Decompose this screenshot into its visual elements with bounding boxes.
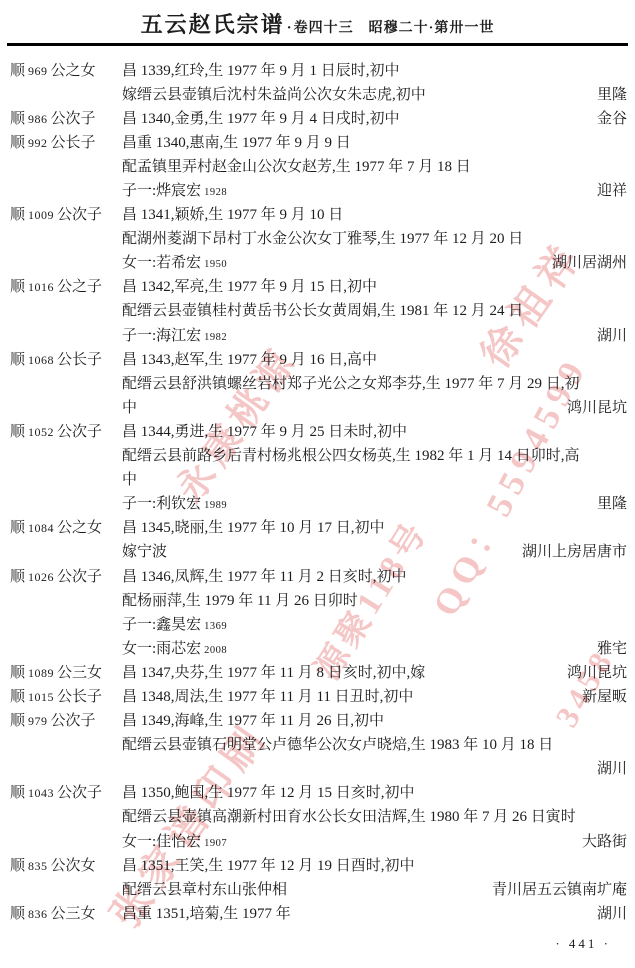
label-prefix: 顺 bbox=[10, 424, 25, 440]
entry-label: 顺1052公次子 bbox=[10, 420, 122, 441]
label-relation: 公次子 bbox=[57, 207, 102, 223]
entry-row: 顺1089公三女昌 1347,央芬,生 1977 年 11 月 8 日亥时,初中… bbox=[0, 659, 635, 683]
entry-text: 昌 1339,红玲,生 1977 年 9 月 1 日辰时,初中 bbox=[122, 59, 400, 80]
residence-note: 金谷 bbox=[597, 107, 627, 128]
label-number: 1016 bbox=[28, 280, 54, 294]
label-prefix: 顺 bbox=[10, 279, 25, 295]
entry-text: 子一:烨宸宏1928 bbox=[122, 179, 227, 200]
entry-row: 湖川 bbox=[0, 756, 635, 780]
label-number: 1068 bbox=[28, 353, 54, 367]
entry-label: 顺1084公之女 bbox=[10, 516, 122, 537]
entry-label: 顺1026公次子 bbox=[10, 565, 122, 586]
entry-text-main: 女一:若希宏 bbox=[122, 255, 201, 271]
label-relation: 公之子 bbox=[57, 279, 102, 295]
label-prefix: 顺 bbox=[10, 713, 25, 729]
entry-text: 嫁宁波 bbox=[122, 540, 167, 561]
entry-text-main: 嫁宁波 bbox=[122, 544, 167, 560]
residence-note: 里隆 bbox=[597, 492, 627, 513]
residence-note: 迎祥 bbox=[597, 179, 627, 200]
entry-row: 配缙云县前路乡后青村杨兆根公四女杨英,生 1982 年 1 月 14 日卯时,高 bbox=[0, 443, 635, 467]
entry-row: 顺1052公次子昌 1344,勇进,生 1977 年 9 月 25 日未时,初中 bbox=[0, 418, 635, 442]
entry-text-main: 嫁缙云县壶镇后沈村朱益尚公次女朱志虎,初中 bbox=[122, 87, 426, 103]
entry-text-main: 昌重 1351,培菊,生 1977 年 bbox=[122, 906, 291, 922]
entry-label: 顺1015公长子 bbox=[10, 685, 122, 706]
entry-label: 顺992公长子 bbox=[10, 131, 122, 152]
entry-text: 昌重 1340,惠南,生 1977 年 9 月 9 日 bbox=[122, 131, 351, 152]
label-prefix: 顺 bbox=[10, 135, 25, 151]
entry-row: 女一:佳怡宏1907大路街 bbox=[0, 828, 635, 852]
entry-text: 女一:若希宏1950 bbox=[122, 251, 227, 272]
entry-label: 顺836公三女 bbox=[10, 902, 122, 923]
entry-text-main: 昌 1339,红玲,生 1977 年 9 月 1 日辰时,初中 bbox=[122, 63, 400, 79]
entry-text-main: 昌 1347,央芬,生 1977 年 11 月 8 日亥时,初中,嫁 bbox=[122, 665, 425, 681]
entry-text: 配缙云县壶镇石明堂公卢德华公次女卢晓焙,生 1983 年 10 月 18 日 bbox=[122, 733, 553, 754]
entry-text: 子一:鑫昊宏1369 bbox=[122, 613, 227, 634]
label-relation: 公次女 bbox=[51, 858, 96, 874]
residence-note: 里隆 bbox=[597, 83, 627, 104]
page-header: 五云赵氏宗谱·卷四十三 昭穆二十·第卅一世 bbox=[0, 0, 635, 39]
label-relation: 公次子 bbox=[57, 569, 102, 585]
title-separator: · bbox=[287, 20, 292, 36]
entry-text: 配缙云县壶镇高潮新村田育水公长女田洁辉,生 1980 年 7 月 26 日寅时 bbox=[122, 805, 576, 826]
residence-note: 雅宅 bbox=[597, 637, 627, 658]
label-relation: 公之女 bbox=[57, 520, 102, 536]
entry-text: 昌 1343,赵军,生 1977 年 9 月 16 日,高中 bbox=[122, 348, 377, 369]
entry-row: 顺835公次女昌 1351,王笑,生 1977 年 12 月 19 日酉时,初中 bbox=[0, 852, 635, 876]
entry-text-main: 昌 1351,王笑,生 1977 年 12 月 19 日酉时,初中 bbox=[122, 858, 415, 874]
entry-text-main: 昌 1342,军亮,生 1977 年 9 月 15 日,初中 bbox=[122, 279, 377, 295]
entry-text: 配湖州菱湖下昂村丁水金公次女丁雅琴,生 1977 年 12 月 20 日 bbox=[122, 227, 523, 248]
entry-row: 顺1009公次子昌 1341,颖娇,生 1977 年 9 月 10 日 bbox=[0, 202, 635, 226]
residence-note: 新屋畈 bbox=[582, 685, 627, 706]
entry-text: 子一:海江宏1982 bbox=[122, 324, 227, 345]
entry-label: 顺835公次女 bbox=[10, 854, 122, 875]
entry-label: 顺969公之女 bbox=[10, 59, 122, 80]
entry-text: 昌 1340,金勇,生 1977 年 9 月 4 日戌时,初中 bbox=[122, 107, 400, 128]
label-number: 836 bbox=[28, 907, 48, 921]
entry-text-main: 昌 1340,金勇,生 1977 年 9 月 4 日戌时,初中 bbox=[122, 111, 400, 127]
label-number: 969 bbox=[28, 64, 48, 78]
entry-text-main: 昌 1348,周法,生 1977 年 11 月 11 日丑时,初中 bbox=[122, 689, 413, 705]
entry-text-main: 昌重 1340,惠南,生 1977 年 9 月 9 日 bbox=[122, 135, 351, 151]
residence-note: 青川居五云镇南圹庵 bbox=[492, 878, 627, 899]
label-number: 1026 bbox=[28, 570, 54, 584]
entry-text: 配缙云县舒洪镇螺丝岩村郑子光公之女郑李芬,生 1977 年 7 月 29 日,初 bbox=[122, 372, 580, 393]
entry-text-main: 配缙云县壶镇石明堂公卢德华公次女卢晓焙,生 1983 年 10 月 18 日 bbox=[122, 737, 553, 753]
entry-row: 配缙云县章村东山张仲相青川居五云镇南圹庵 bbox=[0, 876, 635, 900]
entry-text: 昌 1347,央芬,生 1977 年 11 月 8 日亥时,初中,嫁 bbox=[122, 661, 425, 682]
volume-subtitle: 卷四十三 昭穆二十·第卅一世 bbox=[294, 21, 495, 36]
entry-row: 顺1015公长子昌 1348,周法,生 1977 年 11 月 11 日丑时,初… bbox=[0, 683, 635, 707]
entry-text-main: 中 bbox=[122, 472, 137, 488]
label-prefix: 顺 bbox=[10, 858, 25, 874]
entry-text-main: 昌 1341,颖娇,生 1977 年 9 月 10 日 bbox=[122, 207, 343, 223]
entry-text: 昌 1346,凤辉,生 1977 年 11 月 2 日亥时,初中 bbox=[122, 565, 406, 586]
entry-text: 配缙云县前路乡后青村杨兆根公四女杨英,生 1982 年 1 月 14 日卯时,高 bbox=[122, 444, 580, 465]
entry-text-main: 昌 1350,鲍国,生 1977 年 12 月 15 日亥时,初中 bbox=[122, 785, 415, 801]
entry-text: 昌 1350,鲍国,生 1977 年 12 月 15 日亥时,初中 bbox=[122, 781, 415, 802]
entry-text: 昌 1351,王笑,生 1977 年 12 月 19 日酉时,初中 bbox=[122, 854, 415, 875]
label-prefix: 顺 bbox=[10, 111, 25, 127]
entry-text: 配孟镇里弄村赵金山公次女赵芳,生 1977 年 7 月 18 日 bbox=[122, 155, 471, 176]
entry-label: 顺986公次子 bbox=[10, 107, 122, 128]
entry-label: 顺1068公长子 bbox=[10, 348, 122, 369]
entry-text: 昌 1344,勇进,生 1977 年 9 月 25 日未时,初中 bbox=[122, 420, 407, 441]
entry-row: 顺992公长子昌重 1340,惠南,生 1977 年 9 月 9 日 bbox=[0, 129, 635, 153]
entry-text-main: 配杨丽萍,生 1979 年 11 月 26 日卯时 bbox=[122, 593, 358, 609]
generation-year-number: 1907 bbox=[204, 838, 227, 849]
label-number: 979 bbox=[28, 714, 48, 728]
entry-text-main: 昌 1345,晓丽,生 1977 年 10 月 17 日,初中 bbox=[122, 520, 385, 536]
residence-note: 湖川居湖州 bbox=[552, 251, 627, 272]
residence-note: 大路街 bbox=[582, 830, 627, 851]
generation-year-number: 1950 bbox=[204, 259, 227, 270]
entry-text-main: 中 bbox=[122, 400, 137, 416]
entry-text-main: 女一:雨芯宏 bbox=[122, 641, 201, 657]
entry-row: 子一:海江宏1982湖川 bbox=[0, 322, 635, 346]
label-prefix: 顺 bbox=[10, 906, 25, 922]
label-prefix: 顺 bbox=[10, 63, 25, 79]
entry-row: 配孟镇里弄村赵金山公次女赵芳,生 1977 年 7 月 18 日 bbox=[0, 153, 635, 177]
entry-text-main: 子一:海江宏 bbox=[122, 328, 201, 344]
entry-row: 顺836公三女昌重 1351,培菊,生 1977 年湖川 bbox=[0, 900, 635, 924]
entry-label: 顺1016公之子 bbox=[10, 275, 122, 296]
entry-text-main: 配孟镇里弄村赵金山公次女赵芳,生 1977 年 7 月 18 日 bbox=[122, 159, 471, 175]
label-number: 1015 bbox=[28, 690, 54, 704]
genealogy-page: 徐祖祥 QQ：5594599 源聚118号 张家谱印刷 永康桃源 3458 五云… bbox=[0, 0, 635, 968]
entry-row: 子一:鑫昊宏1369 bbox=[0, 611, 635, 635]
entry-text: 昌重 1351,培菊,生 1977 年 bbox=[122, 902, 291, 923]
entry-text: 昌 1348,周法,生 1977 年 11 月 11 日丑时,初中 bbox=[122, 685, 413, 706]
residence-note: 湖川上房居唐市 bbox=[522, 540, 627, 561]
entry-text: 中 bbox=[122, 396, 137, 417]
generation-year-number: 1989 bbox=[204, 500, 227, 511]
generation-year-number: 1928 bbox=[204, 187, 227, 198]
entry-row: 嫁缙云县壶镇后沈村朱益尚公次女朱志虎,初中里隆 bbox=[0, 81, 635, 105]
entry-text: 中 bbox=[122, 468, 137, 489]
label-number: 992 bbox=[28, 136, 48, 150]
entry-text: 配缙云县壶镇桂村黄岳书公长女黄周娟,生 1981 年 12 月 24 日 bbox=[122, 299, 523, 320]
page-footer: · 441 · bbox=[555, 936, 611, 952]
entry-text: 女一:佳怡宏1907 bbox=[122, 830, 227, 851]
entry-text-main: 子一:鑫昊宏 bbox=[122, 617, 201, 633]
label-relation: 公长子 bbox=[57, 689, 102, 705]
label-relation: 公三女 bbox=[57, 665, 102, 681]
entry-row: 子一:烨宸宏1928迎祥 bbox=[0, 177, 635, 201]
entry-label: 顺1009公次子 bbox=[10, 203, 122, 224]
entry-text-main: 配湖州菱湖下昂村丁水金公次女丁雅琴,生 1977 年 12 月 20 日 bbox=[122, 231, 523, 247]
label-number: 1052 bbox=[28, 425, 54, 439]
page-number: · 441 · bbox=[555, 936, 611, 951]
entry-label: 顺1043公次子 bbox=[10, 781, 122, 802]
label-relation: 公之女 bbox=[51, 63, 96, 79]
entry-text-main: 配缙云县章村东山张仲相 bbox=[122, 882, 287, 898]
label-relation: 公次子 bbox=[57, 785, 102, 801]
generation-year-number: 1982 bbox=[204, 332, 227, 343]
entry-row: 顺969公之女昌 1339,红玲,生 1977 年 9 月 1 日辰时,初中 bbox=[0, 57, 635, 81]
header-rule bbox=[7, 43, 628, 46]
residence-note: 鸿川昆坑 bbox=[567, 661, 627, 682]
entry-text: 昌 1342,军亮,生 1977 年 9 月 15 日,初中 bbox=[122, 275, 377, 296]
label-number: 1043 bbox=[28, 786, 54, 800]
entry-text: 昌 1349,海峰,生 1977 年 11 月 26 日,初中 bbox=[122, 709, 384, 730]
entry-row: 顺1084公之女昌 1345,晓丽,生 1977 年 10 月 17 日,初中 bbox=[0, 515, 635, 539]
residence-note: 湖川 bbox=[597, 902, 627, 923]
entry-text: 配杨丽萍,生 1979 年 11 月 26 日卯时 bbox=[122, 589, 358, 610]
label-prefix: 顺 bbox=[10, 665, 25, 681]
entry-row: 顺979公次子昌 1349,海峰,生 1977 年 11 月 26 日,初中 bbox=[0, 708, 635, 732]
entry-row: 配缙云县舒洪镇螺丝岩村郑子光公之女郑李芬,生 1977 年 7 月 29 日,初 bbox=[0, 370, 635, 394]
entry-text-main: 昌 1349,海峰,生 1977 年 11 月 26 日,初中 bbox=[122, 713, 384, 729]
entry-row: 顺1026公次子昌 1346,凤辉,生 1977 年 11 月 2 日亥时,初中 bbox=[0, 563, 635, 587]
entry-row: 配缙云县壶镇高潮新村田育水公长女田洁辉,生 1980 年 7 月 26 日寅时 bbox=[0, 804, 635, 828]
entry-text-main: 女一:佳怡宏 bbox=[122, 834, 201, 850]
entry-row: 中 bbox=[0, 467, 635, 491]
entry-row: 中鸿川昆坑 bbox=[0, 394, 635, 418]
label-relation: 公长子 bbox=[57, 352, 102, 368]
label-number: 835 bbox=[28, 859, 48, 873]
label-relation: 公次子 bbox=[57, 424, 102, 440]
entry-text-main: 昌 1346,凤辉,生 1977 年 11 月 2 日亥时,初中 bbox=[122, 569, 406, 585]
entry-row: 顺986公次子昌 1340,金勇,生 1977 年 9 月 4 日戌时,初中金谷 bbox=[0, 105, 635, 129]
entry-text-main: 子一:烨宸宏 bbox=[122, 183, 201, 199]
label-number: 986 bbox=[28, 112, 48, 126]
label-number: 1084 bbox=[28, 521, 54, 535]
entry-text-main: 配缙云县壶镇桂村黄岳书公长女黄周娟,生 1981 年 12 月 24 日 bbox=[122, 303, 523, 319]
entry-text: 子一:利钦宏1989 bbox=[122, 492, 227, 513]
label-relation: 公次子 bbox=[51, 111, 96, 127]
entry-row: 顺1068公长子昌 1343,赵军,生 1977 年 9 月 16 日,高中 bbox=[0, 346, 635, 370]
generation-year-number: 1369 bbox=[204, 621, 227, 632]
entries-list: 顺969公之女昌 1339,红玲,生 1977 年 9 月 1 日辰时,初中嫁缙… bbox=[0, 57, 635, 924]
entry-row: 配缙云县壶镇石明堂公卢德华公次女卢晓焙,生 1983 年 10 月 18 日 bbox=[0, 732, 635, 756]
entry-text-main: 配缙云县壶镇高潮新村田育水公长女田洁辉,生 1980 年 7 月 26 日寅时 bbox=[122, 809, 576, 825]
entry-text: 配缙云县章村东山张仲相 bbox=[122, 878, 287, 899]
entry-row: 顺1043公次子昌 1350,鲍国,生 1977 年 12 月 15 日亥时,初… bbox=[0, 780, 635, 804]
label-relation: 公三女 bbox=[51, 906, 96, 922]
entry-text-main: 子一:利钦宏 bbox=[122, 496, 201, 512]
label-relation: 公长子 bbox=[51, 135, 96, 151]
generation-year-number: 2008 bbox=[204, 645, 227, 656]
book-title: 五云赵氏宗谱 bbox=[141, 12, 285, 37]
entry-row: 配杨丽萍,生 1979 年 11 月 26 日卯时 bbox=[0, 587, 635, 611]
entry-text-main: 配缙云县舒洪镇螺丝岩村郑子光公之女郑李芬,生 1977 年 7 月 29 日,初 bbox=[122, 376, 580, 392]
label-number: 1009 bbox=[28, 208, 54, 222]
label-prefix: 顺 bbox=[10, 569, 25, 585]
label-prefix: 顺 bbox=[10, 785, 25, 801]
entry-text: 嫁缙云县壶镇后沈村朱益尚公次女朱志虎,初中 bbox=[122, 83, 426, 104]
label-prefix: 顺 bbox=[10, 207, 25, 223]
label-prefix: 顺 bbox=[10, 352, 25, 368]
label-prefix: 顺 bbox=[10, 689, 25, 705]
residence-note: 湖川 bbox=[597, 757, 627, 778]
entry-text-main: 配缙云县前路乡后青村杨兆根公四女杨英,生 1982 年 1 月 14 日卯时,高 bbox=[122, 448, 580, 464]
entry-text: 女一:雨芯宏2008 bbox=[122, 637, 227, 658]
entry-text-main: 昌 1344,勇进,生 1977 年 9 月 25 日未时,初中 bbox=[122, 424, 407, 440]
entry-row: 嫁宁波湖川上房居唐市 bbox=[0, 539, 635, 563]
entry-text: 昌 1341,颖娇,生 1977 年 9 月 10 日 bbox=[122, 203, 343, 224]
entry-label: 顺1089公三女 bbox=[10, 661, 122, 682]
residence-note: 鸿川昆坑 bbox=[567, 396, 627, 417]
label-prefix: 顺 bbox=[10, 520, 25, 536]
entry-row: 女一:若希宏1950湖川居湖州 bbox=[0, 250, 635, 274]
entry-row: 配湖州菱湖下昂村丁水金公次女丁雅琴,生 1977 年 12 月 20 日 bbox=[0, 226, 635, 250]
entry-row: 女一:雨芯宏2008雅宅 bbox=[0, 635, 635, 659]
residence-note: 湖川 bbox=[597, 324, 627, 345]
label-number: 1089 bbox=[28, 666, 54, 680]
entry-row: 配缙云县壶镇桂村黄岳书公长女黄周娟,生 1981 年 12 月 24 日 bbox=[0, 298, 635, 322]
entry-text: 昌 1345,晓丽,生 1977 年 10 月 17 日,初中 bbox=[122, 516, 385, 537]
entry-label: 顺979公次子 bbox=[10, 709, 122, 730]
entry-row: 顺1016公之子昌 1342,军亮,生 1977 年 9 月 15 日,初中 bbox=[0, 274, 635, 298]
entry-text-main: 昌 1343,赵军,生 1977 年 9 月 16 日,高中 bbox=[122, 352, 377, 368]
label-relation: 公次子 bbox=[51, 713, 96, 729]
entry-row: 子一:利钦宏1989里隆 bbox=[0, 491, 635, 515]
